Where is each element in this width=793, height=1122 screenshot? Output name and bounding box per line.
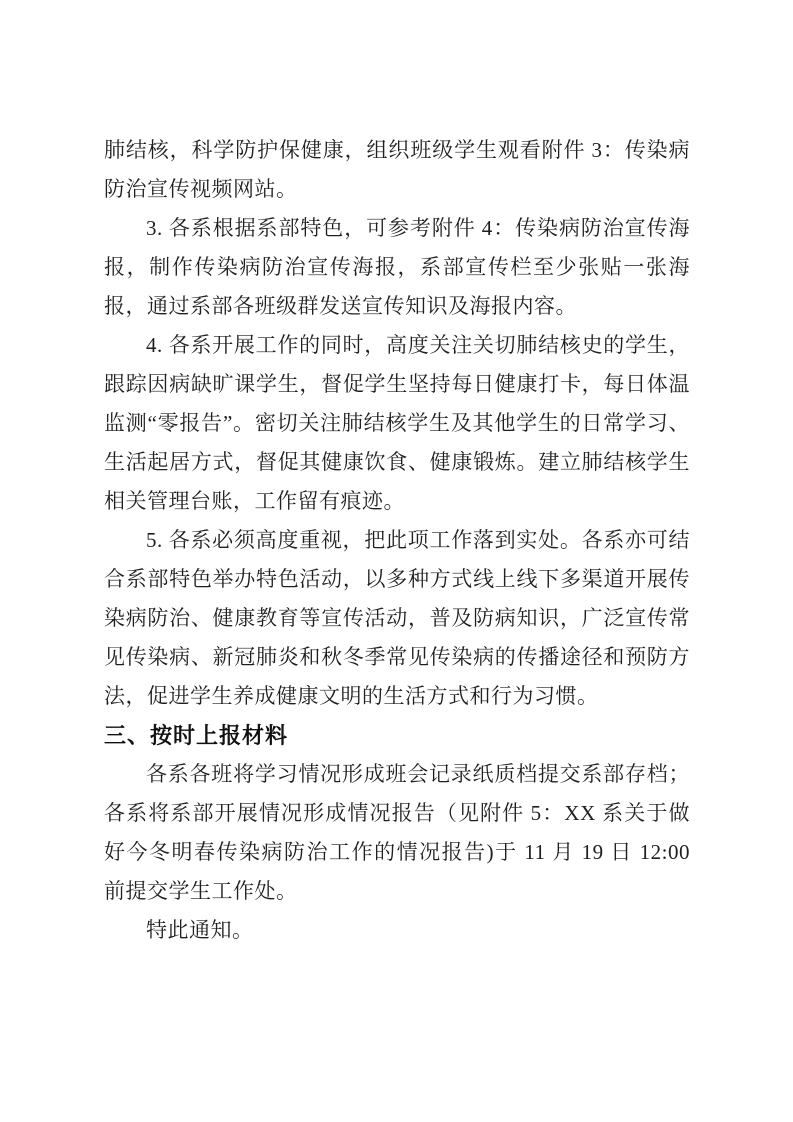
paragraph-notice-closing: 特此通知。	[104, 911, 690, 950]
paragraph-point-5: 5. 各系必须高度重视，把此项工作落到实处。各系亦可结合系部特色举办特色活动，以…	[104, 521, 690, 716]
paragraph-point-3: 3. 各系根据系部特色，可参考附件 4：传染病防治宣传海报，制作传染病防治宣传海…	[104, 209, 690, 326]
document-page: 肺结核，科学防护保健康，组织班级学生观看附件 3：传染病防治宣传视频网站。 3.…	[0, 0, 793, 1122]
paragraph-point-4: 4. 各系开展工作的同时，高度关注关切肺结核史的学生，跟踪因病缺旷课学生，督促学…	[104, 326, 690, 521]
paragraph-continuation: 肺结核，科学防护保健康，组织班级学生观看附件 3：传染病防治宣传视频网站。	[104, 131, 690, 209]
document-body-text: 肺结核，科学防护保健康，组织班级学生观看附件 3：传染病防治宣传视频网站。 3.…	[104, 131, 690, 950]
paragraph-report-submission: 各系各班将学习情况形成班会记录纸质档提交系部存档；各系将系部开展情况形成情况报告…	[104, 755, 690, 911]
section-heading-report-materials: 三、按时上报材料	[104, 716, 690, 755]
